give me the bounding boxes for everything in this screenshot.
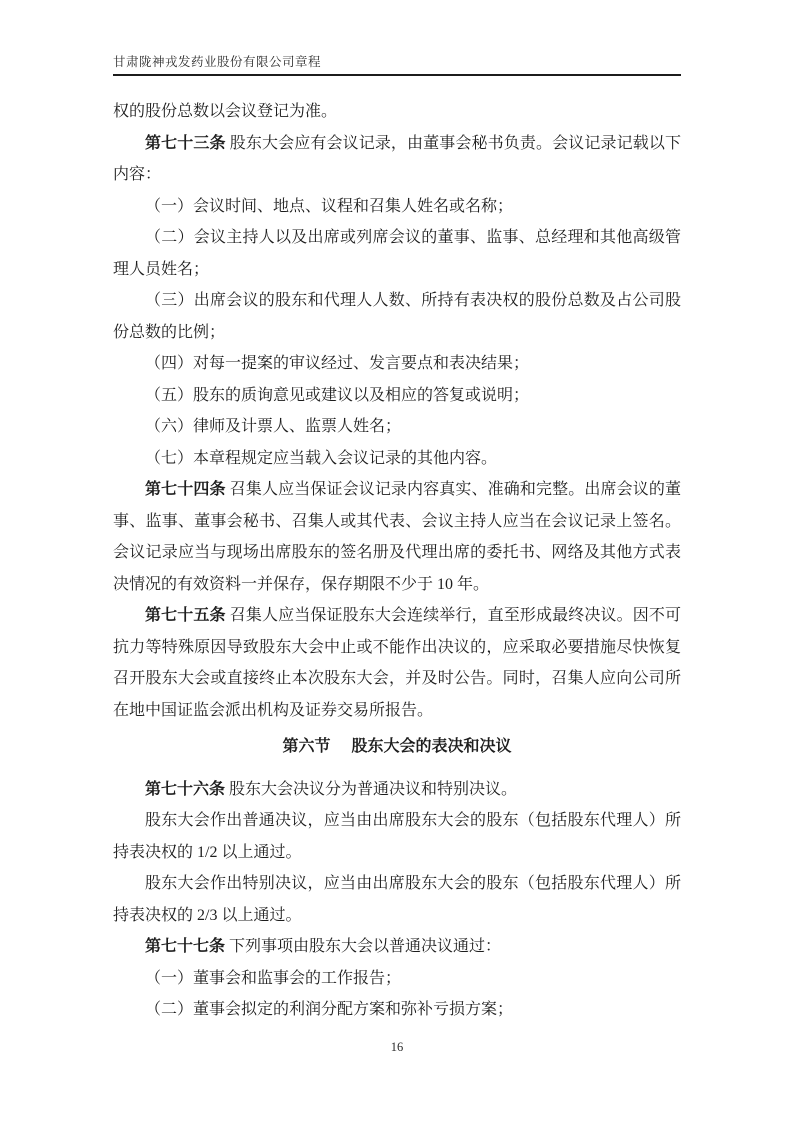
article-number: 第七十七条	[145, 938, 225, 955]
paragraph: 第七十七条 下列事项由股东大会以普通决议通过：	[113, 931, 681, 963]
article-number: 第七十四条	[145, 481, 226, 498]
document-page: 甘肃陇神戎发药业股份有限公司章程 权的股份总数以会议登记为准。第七十三条 股东大…	[0, 0, 794, 1122]
paragraph: 股东大会作出特别决议，应当由出席股东大会的股东（包括股东代理人）所持表决权的 2…	[113, 868, 681, 931]
paragraph-text: （三）出席会议的股东和代理人人数、所持有表决权的股份总数及占公司股份总数的比例；	[113, 292, 681, 341]
paragraph: （三）出席会议的股东和代理人人数、所持有表决权的股份总数及占公司股份总数的比例；	[113, 285, 681, 348]
article-number: 第七十三条	[145, 135, 226, 152]
paragraph: 权的股份总数以会议登记为准。	[113, 96, 681, 128]
page-number: 16	[391, 1040, 404, 1054]
paragraph: 第七十三条 股东大会应有会议记录，由董事会秘书负责。会议记录记载以下内容：	[113, 128, 681, 191]
page-footer: 16	[0, 1038, 794, 1056]
paragraph: （四）对每一提案的审议经过、发言要点和表决结果；	[113, 348, 681, 380]
paragraph: 股东大会作出普通决议，应当由出席股东大会的股东（包括股东代理人）所持表决权的 1…	[113, 805, 681, 868]
paragraph-text: （四）对每一提案的审议经过、发言要点和表决结果；	[145, 355, 529, 372]
paragraph-text: （二）会议主持人以及出席或列席会议的董事、监事、总经理和其他高级管理人员姓名；	[113, 229, 681, 278]
paragraph: （二）董事会拟定的利润分配方案和弥补亏损方案；	[113, 994, 681, 1026]
paragraph: （五）股东的质询意见或建议以及相应的答复或说明；	[113, 380, 681, 412]
paragraph: （七）本章程规定应当载入会议记录的其他内容。	[113, 443, 681, 475]
document-body: 权的股份总数以会议登记为准。第七十三条 股东大会应有会议记录，由董事会秘书负责。…	[113, 96, 681, 1026]
paragraph: （一）董事会和监事会的工作报告；	[113, 963, 681, 995]
paragraph-text: （五）股东的质询意见或建议以及相应的答复或说明；	[145, 387, 529, 404]
paragraph: （一）会议时间、地点、议程和召集人姓名或名称；	[113, 191, 681, 223]
paragraph: 第七十五条 召集人应当保证股东大会连续举行，直至形成最终决议。因不可抗力等特殊原…	[113, 600, 681, 726]
paragraph-text: 下列事项由股东大会以普通决议通过：	[229, 938, 501, 955]
paragraph-text: 股东大会的表决和决议	[352, 738, 512, 755]
paragraph-text: （六）律师及计票人、监票人姓名；	[145, 418, 401, 435]
paragraph-text: 股东大会作出特别决议，应当由出席股东大会的股东（包括股东代理人）所持表决权的 2…	[113, 875, 681, 924]
paragraph: 第七十四条 召集人应当保证会议记录内容真实、准确和完整。出席会议的董事、监事、董…	[113, 474, 681, 600]
article-number: 第七十五条	[145, 607, 226, 624]
paragraph-text: 股东大会决议分为普通决议和特别决议。	[229, 781, 517, 798]
paragraph-text: 权的股份总数以会议登记为准。	[113, 103, 337, 120]
paragraph: （六）律师及计票人、监票人姓名；	[113, 411, 681, 443]
paragraph-text: 股东大会作出普通决议，应当由出席股东大会的股东（包括股东代理人）所持表决权的 1…	[113, 812, 681, 861]
article-number: 第七十六条	[145, 781, 225, 798]
page-header: 甘肃陇神戎发药业股份有限公司章程	[113, 55, 681, 76]
paragraph-text: （一）会议时间、地点、议程和召集人姓名或名称；	[145, 198, 513, 215]
paragraph: （二）会议主持人以及出席或列席会议的董事、监事、总经理和其他高级管理人员姓名；	[113, 222, 681, 285]
paragraph-text: （七）本章程规定应当载入会议记录的其他内容。	[145, 450, 497, 467]
header-title: 甘肃陇神戎发药业股份有限公司章程	[113, 55, 681, 69]
paragraph: 第七十六条 股东大会决议分为普通决议和特别决议。	[113, 774, 681, 806]
section-heading: 第六节 股东大会的表决和决议	[113, 731, 681, 763]
paragraph-text: （一）董事会和监事会的工作报告；	[145, 970, 401, 987]
section-number: 第六节	[282, 738, 330, 755]
paragraph-text: （二）董事会拟定的利润分配方案和弥补亏损方案；	[145, 1001, 513, 1018]
